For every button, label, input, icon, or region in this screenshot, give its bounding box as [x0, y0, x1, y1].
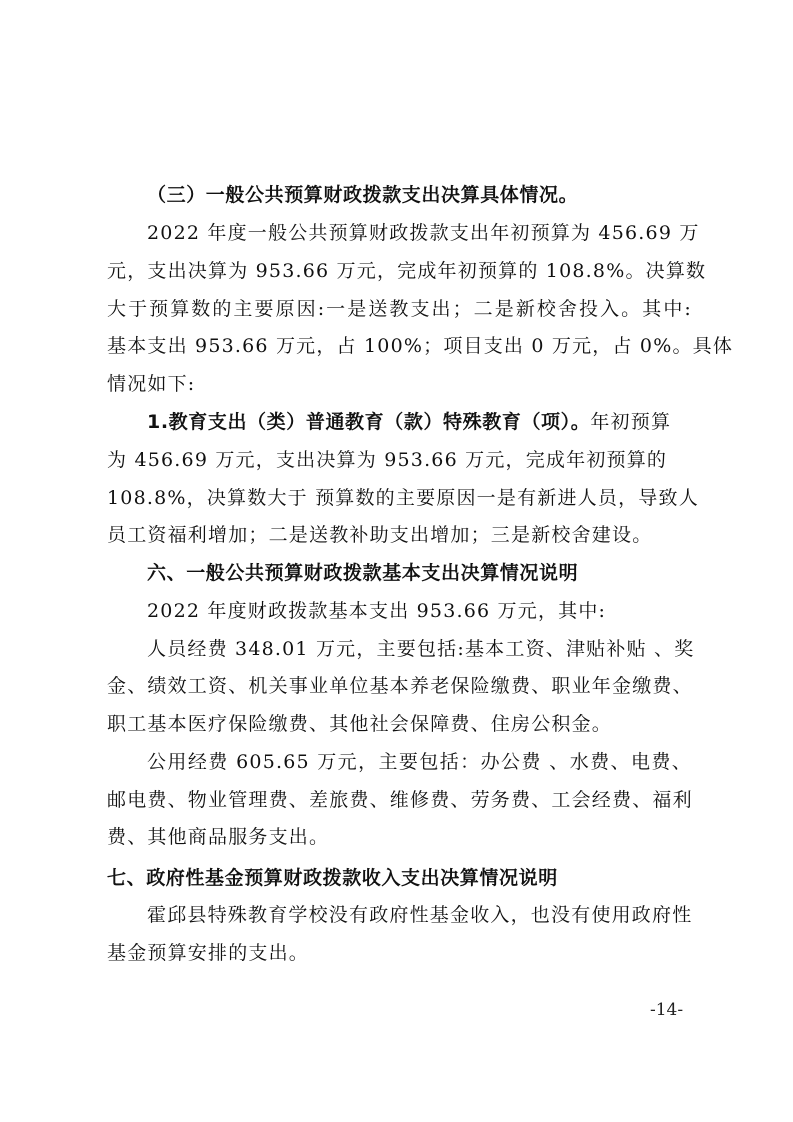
paragraph-line: 2022 年度一般公共预算财政拨款支出年初预算为 456.69 万	[147, 221, 692, 245]
paragraph-line: 霍邱县特殊教育学校没有政府性基金收入，也没有使用政府性	[147, 903, 692, 927]
paragraph-line: 人员经费 348.01 万元，主要包括:基本工资、津贴补贴 、奖	[147, 637, 692, 661]
section-heading-6: 六、一般公共预算财政拨款基本支出决算情况说明	[147, 561, 692, 585]
paragraph-line: 费、其他商品服务支出。	[107, 825, 692, 849]
section-heading-7: 七、政府性基金预算财政拨款收入支出决算情况说明	[107, 866, 692, 890]
item-1-text: 年初预算	[590, 411, 671, 433]
paragraph-line: 邮电费、物业管理费、差旅费、维修费、劳务费、工会经费、福利	[107, 788, 692, 812]
paragraph-line: 为 456.69 万元，支出决算为 953.66 万元，完成年初预算的	[107, 448, 692, 472]
paragraph-line: 金、绩效工资、机关事业单位基本养老保险缴费、职业年金缴费、	[107, 674, 692, 698]
paragraph-line: 公用经费 605.65 万元，主要包括：办公费 、水费、电费、	[147, 750, 692, 774]
paragraph-line: 108.8%，决算数大于 预算数的主要原因一是有新进人员，导致人	[107, 486, 692, 510]
paragraph-line: 基本支出 953.66 万元，占 100%；项目支出 0 万元，占 0%。具体	[107, 334, 692, 358]
paragraph-line: 大于预算数的主要原因:一是送教支出；二是新校舍投入。其中:	[107, 297, 692, 321]
paragraph-line: 情况如下:	[107, 372, 692, 396]
paragraph-line: 基金预算安排的支出。	[107, 941, 692, 965]
section-heading-3: （三）一般公共预算财政拨款支出决算具体情况。	[147, 183, 692, 207]
document-page: （三）一般公共预算财政拨款支出决算具体情况。 2022 年度一般公共预算财政拨款…	[0, 0, 793, 1122]
paragraph-line: 员工资福利增加；二是送教补助支出增加；三是新校舍建设。	[107, 523, 692, 547]
item-1-first-line: 1.教育支出（类）普通教育（款）特殊教育（项）。年初预算	[147, 410, 692, 434]
paragraph-line: 职工基本医疗保险缴费、其他社会保障费、住房公积金。	[107, 712, 692, 736]
item-1-heading: 1.教育支出（类）普通教育（款）特殊教育（项）。	[147, 411, 590, 433]
paragraph-line: 2022 年度财政拨款基本支出 953.66 万元，其中:	[147, 599, 692, 623]
page-number: -14-	[650, 1000, 683, 1020]
paragraph-line: 元，支出决算为 953.66 万元，完成年初预算的 108.8%。决算数	[107, 259, 692, 283]
